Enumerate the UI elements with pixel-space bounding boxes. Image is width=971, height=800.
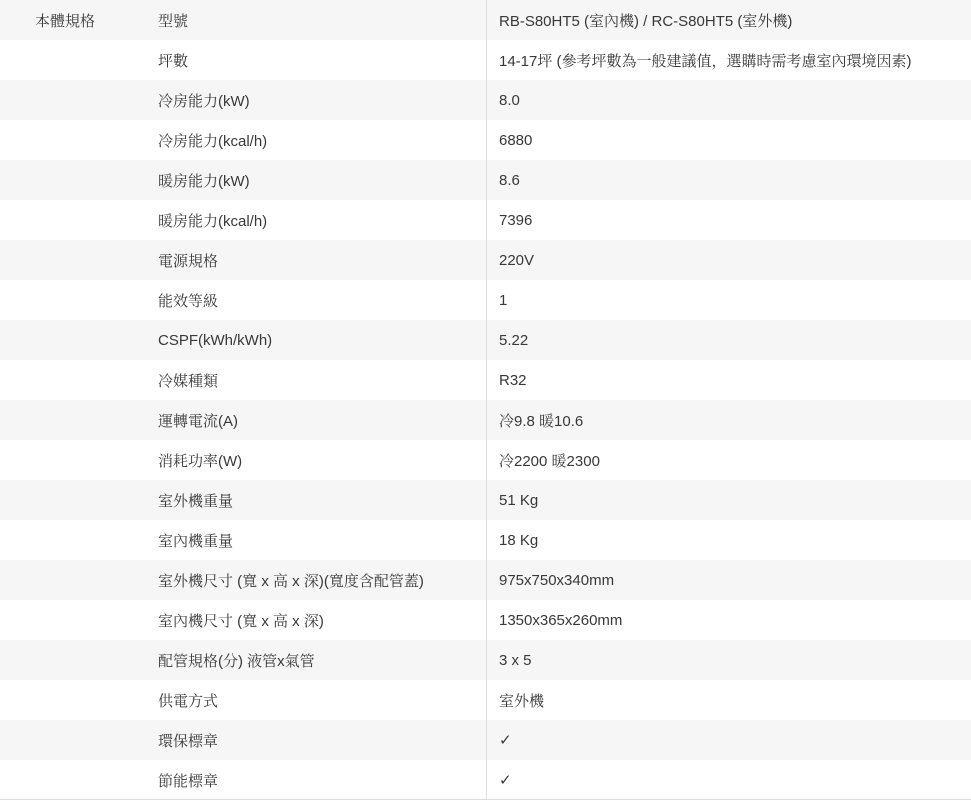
spec-group-cell xyxy=(0,40,157,80)
spec-label: 消耗功率(W) xyxy=(157,440,487,480)
spec-label: 環保標章 xyxy=(157,720,487,760)
spec-row: 供電方式 室外機 xyxy=(0,680,971,720)
spec-label: 室外機尺寸 (寬 x 高 x 深)(寬度含配管蓋) xyxy=(157,560,487,600)
spec-row: 室內機重量 18 Kg xyxy=(0,520,971,560)
spec-label: 節能標章 xyxy=(157,760,487,800)
spec-row: 運轉電流(A) 冷9.8 暖10.6 xyxy=(0,400,971,440)
spec-label: 冷媒種類 xyxy=(157,360,487,400)
spec-group-cell xyxy=(0,640,157,680)
spec-group-cell xyxy=(0,680,157,720)
spec-row: 本體規格 型號 RB-S80HT5 (室內機) / RC-S80HT5 (室外機… xyxy=(0,0,971,40)
spec-value: 18 Kg xyxy=(487,520,971,560)
spec-value: 8.6 xyxy=(487,160,971,200)
spec-group-cell xyxy=(0,400,157,440)
spec-group-cell xyxy=(0,200,157,240)
spec-label: CSPF(kWh/kWh) xyxy=(157,320,487,360)
spec-group-cell xyxy=(0,360,157,400)
spec-label: 室外機重量 xyxy=(157,480,487,520)
spec-row: 暖房能力(kW) 8.6 xyxy=(0,160,971,200)
spec-row: 冷房能力(kW) 8.0 xyxy=(0,80,971,120)
spec-value: 6880 xyxy=(487,120,971,160)
spec-row: 坪數 14-17坪 (參考坪數為一般建議值，選購時需考慮室內環境因素) xyxy=(0,40,971,80)
spec-label: 供電方式 xyxy=(157,680,487,720)
spec-row: 暖房能力(kcal/h) 7396 xyxy=(0,200,971,240)
spec-group-cell xyxy=(0,440,157,480)
spec-group-cell xyxy=(0,720,157,760)
spec-value: 1350x365x260mm xyxy=(487,600,971,640)
spec-row: 節能標章 ✓ xyxy=(0,760,971,800)
spec-row: 室內機尺寸 (寬 x 高 x 深) 1350x365x260mm xyxy=(0,600,971,640)
spec-value: 冷9.8 暖10.6 xyxy=(487,400,971,440)
spec-value: 220V xyxy=(487,240,971,280)
spec-value: 7396 xyxy=(487,200,971,240)
spec-group-cell xyxy=(0,280,157,320)
spec-value: 51 Kg xyxy=(487,480,971,520)
spec-label: 冷房能力(kW) xyxy=(157,80,487,120)
spec-row: 電源規格 220V xyxy=(0,240,971,280)
spec-group-cell xyxy=(0,520,157,560)
spec-row: 室外機重量 51 Kg xyxy=(0,480,971,520)
spec-row: 室外機尺寸 (寬 x 高 x 深)(寬度含配管蓋) 975x750x340mm xyxy=(0,560,971,600)
spec-value: 14-17坪 (參考坪數為一般建議值，選購時需考慮室內環境因素) xyxy=(487,40,971,80)
spec-value: ✓ xyxy=(487,760,971,800)
spec-group-cell xyxy=(0,760,157,800)
spec-row: 消耗功率(W) 冷2200 暖2300 xyxy=(0,440,971,480)
spec-row: CSPF(kWh/kWh) 5.22 xyxy=(0,320,971,360)
spec-row: 能效等級 1 xyxy=(0,280,971,320)
spec-label: 運轉電流(A) xyxy=(157,400,487,440)
spec-label: 暖房能力(kW) xyxy=(157,160,487,200)
spec-label: 暖房能力(kcal/h) xyxy=(157,200,487,240)
spec-value: 8.0 xyxy=(487,80,971,120)
spec-group-cell xyxy=(0,80,157,120)
spec-row: 冷房能力(kcal/h) 6880 xyxy=(0,120,971,160)
spec-value: 1 xyxy=(487,280,971,320)
spec-group-cell xyxy=(0,160,157,200)
spec-label: 冷房能力(kcal/h) xyxy=(157,120,487,160)
spec-value: ✓ xyxy=(487,720,971,760)
spec-table: 本體規格 型號 RB-S80HT5 (室內機) / RC-S80HT5 (室外機… xyxy=(0,0,971,800)
spec-group-cell xyxy=(0,560,157,600)
spec-row: 環保標章 ✓ xyxy=(0,720,971,760)
spec-label: 室內機重量 xyxy=(157,520,487,560)
spec-group-cell xyxy=(0,320,157,360)
spec-label: 能效等級 xyxy=(157,280,487,320)
spec-group-cell: 本體規格 xyxy=(0,0,157,40)
spec-label: 室內機尺寸 (寬 x 高 x 深) xyxy=(157,600,487,640)
spec-group-cell xyxy=(0,120,157,160)
spec-value: 975x750x340mm xyxy=(487,560,971,600)
spec-value: 5.22 xyxy=(487,320,971,360)
spec-value: 室外機 xyxy=(487,680,971,720)
spec-label: 電源規格 xyxy=(157,240,487,280)
spec-group-label: 本體規格 xyxy=(35,10,95,31)
spec-group-cell xyxy=(0,600,157,640)
spec-label: 坪數 xyxy=(157,40,487,80)
spec-value: 冷2200 暖2300 xyxy=(487,440,971,480)
spec-label: 配管規格(分) 液管x氣管 xyxy=(157,640,487,680)
spec-value: R32 xyxy=(487,360,971,400)
spec-group-cell xyxy=(0,240,157,280)
spec-label: 型號 xyxy=(157,0,487,40)
spec-value: 3 x 5 xyxy=(487,640,971,680)
spec-value: RB-S80HT5 (室內機) / RC-S80HT5 (室外機) xyxy=(487,0,971,40)
spec-row: 冷媒種類 R32 xyxy=(0,360,971,400)
spec-row: 配管規格(分) 液管x氣管 3 x 5 xyxy=(0,640,971,680)
spec-group-cell xyxy=(0,480,157,520)
